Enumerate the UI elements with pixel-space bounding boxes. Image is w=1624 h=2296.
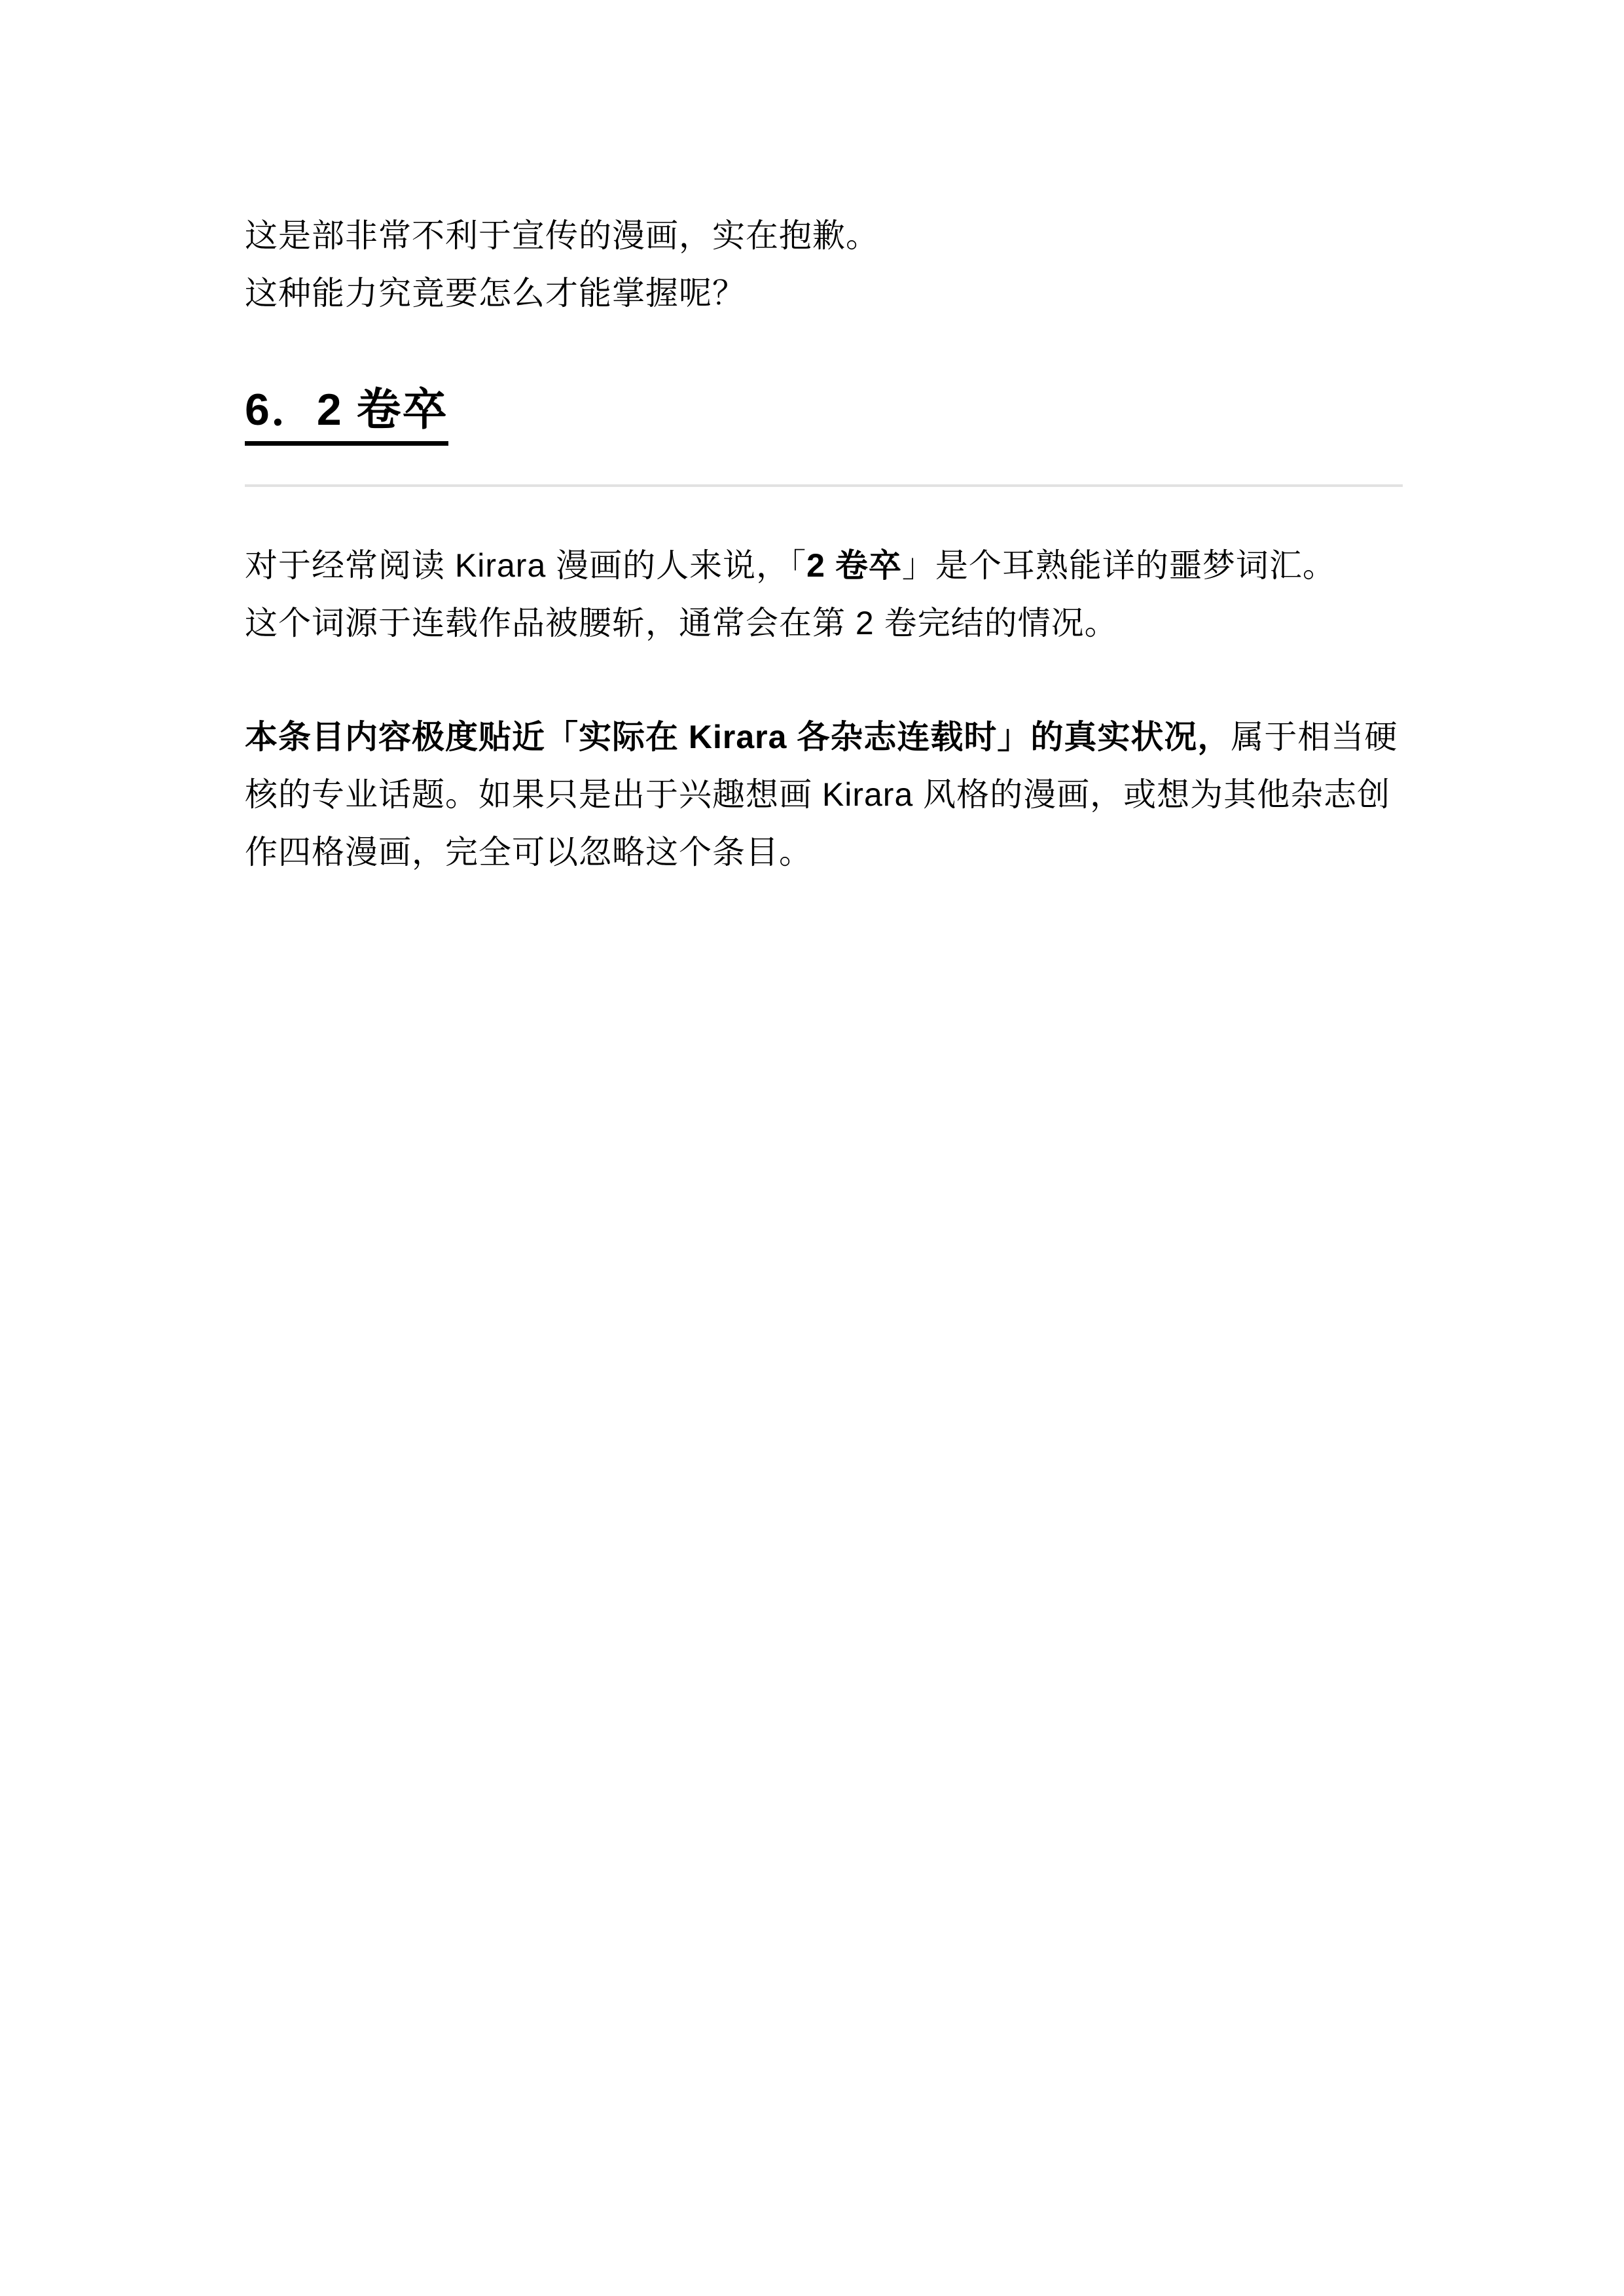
kirara-line1-suffix: 」是个耳熟能详的噩梦词汇。 bbox=[902, 547, 1336, 584]
kirara-line2: 这个词源于连载作品被腰斩，通常会在第 2 卷完结的情况。 bbox=[245, 605, 1118, 641]
kirara-line1-bold-term: 2 卷卒 bbox=[806, 547, 902, 584]
section-heading: 6．2 卷卒 bbox=[245, 382, 1403, 446]
kirara-line1-prefix: 对于经常阅读 Kirara 漫画的人来说，「 bbox=[245, 547, 806, 584]
note-bold-leadin: 本条目内容极度贴近「实际在 Kirara 各杂志连载时」的真实状况， bbox=[245, 719, 1231, 755]
section-divider bbox=[245, 484, 1403, 487]
section-heading-text: 6．2 卷卒 bbox=[245, 382, 448, 446]
intro-line-2: 这种能力究竟要怎么才能掌握呢？ bbox=[245, 275, 746, 312]
paragraph-hardcore-note: 本条目内容极度贴近「实际在 Kirara 各杂志连载时」的真实状况，属于相当硬核… bbox=[245, 708, 1403, 881]
document-page: 这是部非常不利于宣传的漫画，实在抱歉。这种能力究竟要怎么才能掌握呢？ 6．2 卷… bbox=[0, 0, 1624, 2296]
intro-line-1: 这是部非常不利于宣传的漫画，实在抱歉。 bbox=[245, 217, 879, 254]
paragraph-kirara-readers: 对于经常阅读 Kirara 漫画的人来说，「2 卷卒」是个耳熟能详的噩梦词汇。这… bbox=[245, 537, 1403, 652]
page-content: 这是部非常不利于宣传的漫画，实在抱歉。这种能力究竟要怎么才能掌握呢？ 6．2 卷… bbox=[0, 0, 1624, 881]
intro-paragraph: 这是部非常不利于宣传的漫画，实在抱歉。这种能力究竟要怎么才能掌握呢？ bbox=[245, 207, 1403, 322]
